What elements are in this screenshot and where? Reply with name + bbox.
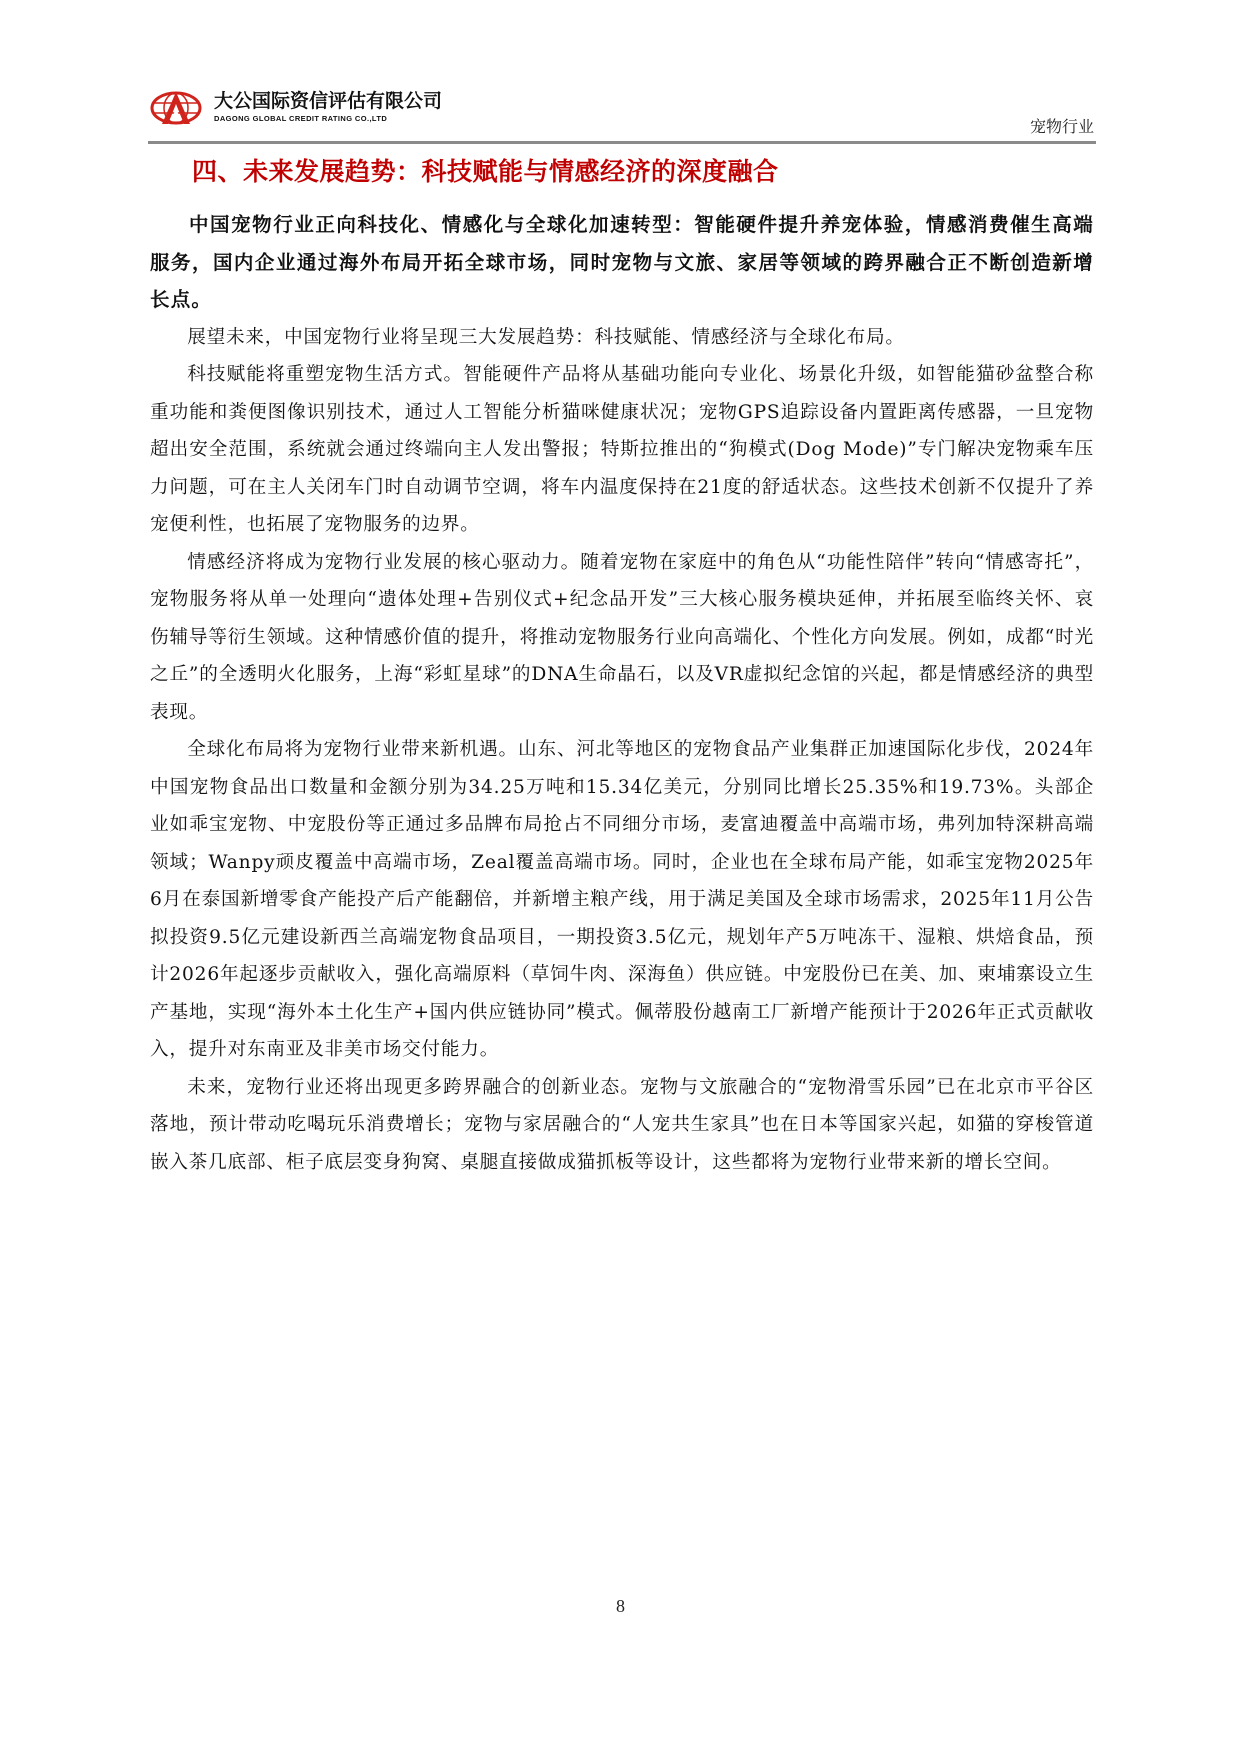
body-paragraph: 科技赋能将重塑宠物生活方式。智能硬件产品将从基础功能向专业化、场景化升级，如智能…: [150, 356, 1094, 544]
dagong-globe-logo-icon: [150, 90, 202, 126]
body-paragraph: 全球化布局将为宠物行业带来新机遇。山东、河北等地区的宠物食品产业集群正加速国际化…: [150, 731, 1094, 1069]
page-number: 8: [0, 1596, 1241, 1617]
body-paragraph: 展望未来，中国宠物行业将呈现三大发展趋势：科技赋能、情感经济与全球化布局。: [150, 319, 1094, 357]
page-header: 大公国际资信评估有限公司 DAGONG GLOBAL CREDIT RATING…: [148, 86, 1096, 136]
company-name: 大公国际资信评估有限公司 DAGONG GLOBAL CREDIT RATING…: [214, 90, 442, 124]
company-name-cn: 大公国际资信评估有限公司: [214, 90, 442, 112]
body-paragraph: 情感经济将成为宠物行业发展的核心驱动力。随着宠物在家庭中的角色从“功能性陪伴”转…: [150, 544, 1094, 732]
body-content: 中国宠物行业正向科技化、情感化与全球化加速转型：智能硬件提升养宠体验，情感消费催…: [150, 206, 1094, 1181]
section-title: 四、未来发展趋势：科技赋能与情感经济的深度融合: [192, 152, 779, 188]
body-paragraph: 未来，宠物行业还将出现更多跨界融合的创新业态。宠物与文旅融合的“宠物滑雪乐园”已…: [150, 1069, 1094, 1182]
section-tag: 宠物行业: [1030, 114, 1094, 137]
company-name-en: DAGONG GLOBAL CREDIT RATING CO.,LTD: [214, 114, 442, 124]
summary-paragraph: 中国宠物行业正向科技化、情感化与全球化加速转型：智能硬件提升养宠体验，情感消费催…: [150, 206, 1094, 319]
header-divider: [148, 141, 1096, 144]
